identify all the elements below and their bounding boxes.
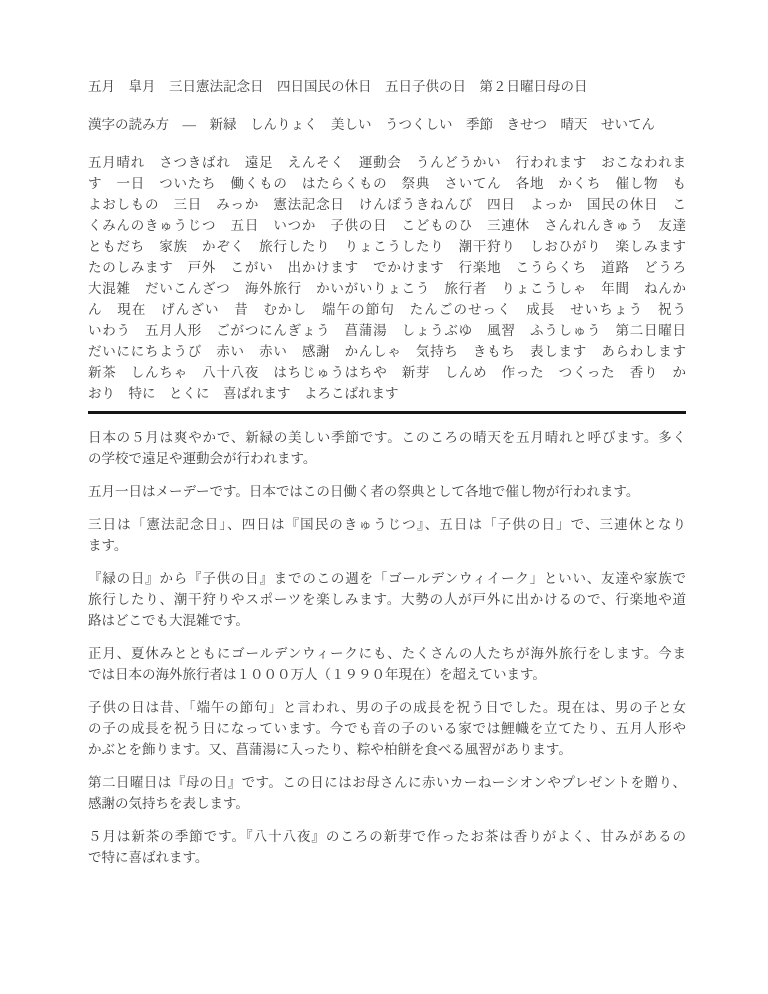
paragraph-line: ます。 [88, 535, 686, 556]
paragraph-line: の子の成長を祝う日になっています。今でも音の子のいる家では鯉幟を立てたり、五月人… [88, 718, 686, 739]
vocab-line: いわう 五月人形 ごがつにんぎょう 菖蒲湯 しょうぶゆ 風習 ふうしゅう 第二日… [88, 320, 686, 341]
paragraph: 『緑の日』から『子供の日』までのこの週を「ゴールデンウィイーク」といい、友達や家… [88, 568, 686, 631]
paragraph: 日本の５月は爽やかで、新緑の美しい季節です。このころの晴天を五月晴れと呼びます。… [88, 427, 686, 469]
paragraph: 第二日曜日は『母の日』です。この日にはお母さんに赤いカーねーシオンやプレゼントを… [88, 772, 686, 814]
vocab-line: くみんのきゅうじつ 五日 いつか 子供の日 こどものひ 三連休 さんれんきゅう … [88, 215, 686, 236]
header-line: 漢字の読み方 ― 新緑 しんりょく 美しい うつくしい 季節 きせつ 晴天 せい… [88, 114, 686, 135]
kanji-readings-block: 五月晴れ さつきばれ 遠足 えんそく 運動会 うんどうかい 行われます おこなわ… [88, 152, 686, 404]
paragraph-line: 旅行したり、潮干狩りやスポーツを楽しみます。大勢の人が戸外に出かけるので、行楽地… [88, 589, 686, 610]
paragraph-line: ５月は新茶の季節です。『八十八夜』のころの新芽で作ったお茶は香りがよく、甘みがあ… [88, 826, 686, 847]
paragraph: 五月一日はメーデーです。日本ではこの日働く者の祭典として各地で催し物が行われます… [88, 481, 686, 502]
paragraph: 正月、夏休みとともにゴールデンウィークにも、たくさんの人たちが海外旅行をします。… [88, 643, 686, 685]
paragraph-line: かぶとを飾ります。又、菖蒲湯に入ったり、粽や柏餅を食べる風習があります。 [88, 739, 686, 760]
paragraph: 三日は「憲法記念日」、四日は『国民のきゅうじつ』、五日は「子供の日」で、三連休と… [88, 514, 686, 556]
paragraph-line: 三日は「憲法記念日」、四日は『国民のきゅうじつ』、五日は「子供の日」で、三連休と… [88, 514, 686, 535]
header-line: 五月 皐月 三日憲法記念日 四日国民の休日 五日子供の日 第２日曜日母の日 [88, 76, 686, 97]
paragraph-line: 日本の５月は爽やかで、新緑の美しい季節です。このころの晴天を五月晴れと呼びます。… [88, 427, 686, 448]
paragraph-line: 第二日曜日は『母の日』です。この日にはお母さんに赤いカーねーシオンやプレゼントを… [88, 772, 686, 793]
paragraph-line: 正月、夏休みとともにゴールデンウィークにも、たくさんの人たちが海外旅行をします。… [88, 643, 686, 664]
section-divider [88, 411, 686, 414]
vocab-line: 新茶 しんちゃ 八十八夜 はちじゅうはちや 新芽 しんめ 作った つくった 香り… [88, 362, 686, 383]
paragraph-line: の学校で遠足や運動会が行われます。 [88, 448, 686, 469]
vocab-line: す 一日 ついたち 働くもの はたらくもの 祭典 さいてん 各地 かくち 催し物… [88, 173, 686, 194]
paragraph: 子供の日は昔、「端午の節句」と言われ、男の子の成長を祝う日でした。現在は、男の子… [88, 697, 686, 760]
vocab-line: おり 特に とくに 喜ばれます よろこばれます [88, 383, 686, 404]
paragraph-line: 五月一日はメーデーです。日本ではこの日働く者の祭典として各地で催し物が行われます… [88, 481, 686, 502]
body-text-block: 日本の５月は爽やかで、新緑の美しい季節です。このころの晴天を五月晴れと呼びます。… [88, 427, 686, 868]
paragraph-line: 子供の日は昔、「端午の節句」と言われ、男の子の成長を祝う日でした。現在は、男の子… [88, 697, 686, 718]
paragraph-line: 感謝の気持ちを表します。 [88, 793, 686, 814]
header-block: 五月 皐月 三日憲法記念日 四日国民の休日 五日子供の日 第２日曜日母の日漢字の… [88, 76, 686, 135]
vocab-line: ん 現在 げんざい 昔 むかし 端午の節句 たんごのせっく 成長 せいちょう 祝… [88, 299, 686, 320]
document-page: 五月 皐月 三日憲法記念日 四日国民の休日 五日子供の日 第２日曜日母の日漢字の… [0, 0, 768, 994]
vocab-line: よおしもの 三日 みっか 憲法記念日 けんぽうきねんび 四日 よっか 国民の休日… [88, 194, 686, 215]
vocab-line: ともだち 家族 かぞく 旅行したり りょこうしたり 潮干狩り しおひがり 楽しみ… [88, 236, 686, 257]
paragraph-line: で特に喜ばれます。 [88, 847, 686, 868]
paragraph-line: では日本の海外旅行者は１０００万人（１９９０年現在）を超えています。 [88, 664, 686, 685]
vocab-line: 大混雑 だいこんざつ 海外旅行 かいがいりょこう 旅行者 りょこうしゃ 年間 ね… [88, 278, 686, 299]
vocab-line: だいににちようび 赤い 赤い 感謝 かんしゃ 気持ち きもち 表します あらわし… [88, 341, 686, 362]
paragraph-line: 『緑の日』から『子供の日』までのこの週を「ゴールデンウィイーク」といい、友達や家… [88, 568, 686, 589]
paragraph: ５月は新茶の季節です。『八十八夜』のころの新芽で作ったお茶は香りがよく、甘みがあ… [88, 826, 686, 868]
vocab-line: 五月晴れ さつきばれ 遠足 えんそく 運動会 うんどうかい 行われます おこなわ… [88, 152, 686, 173]
paragraph-line: 路はどこでも大混雑です。 [88, 610, 686, 631]
vocab-line: たのしみます 戸外 こがい 出かけます でかけます 行楽地 こうらくち 道路 ど… [88, 257, 686, 278]
